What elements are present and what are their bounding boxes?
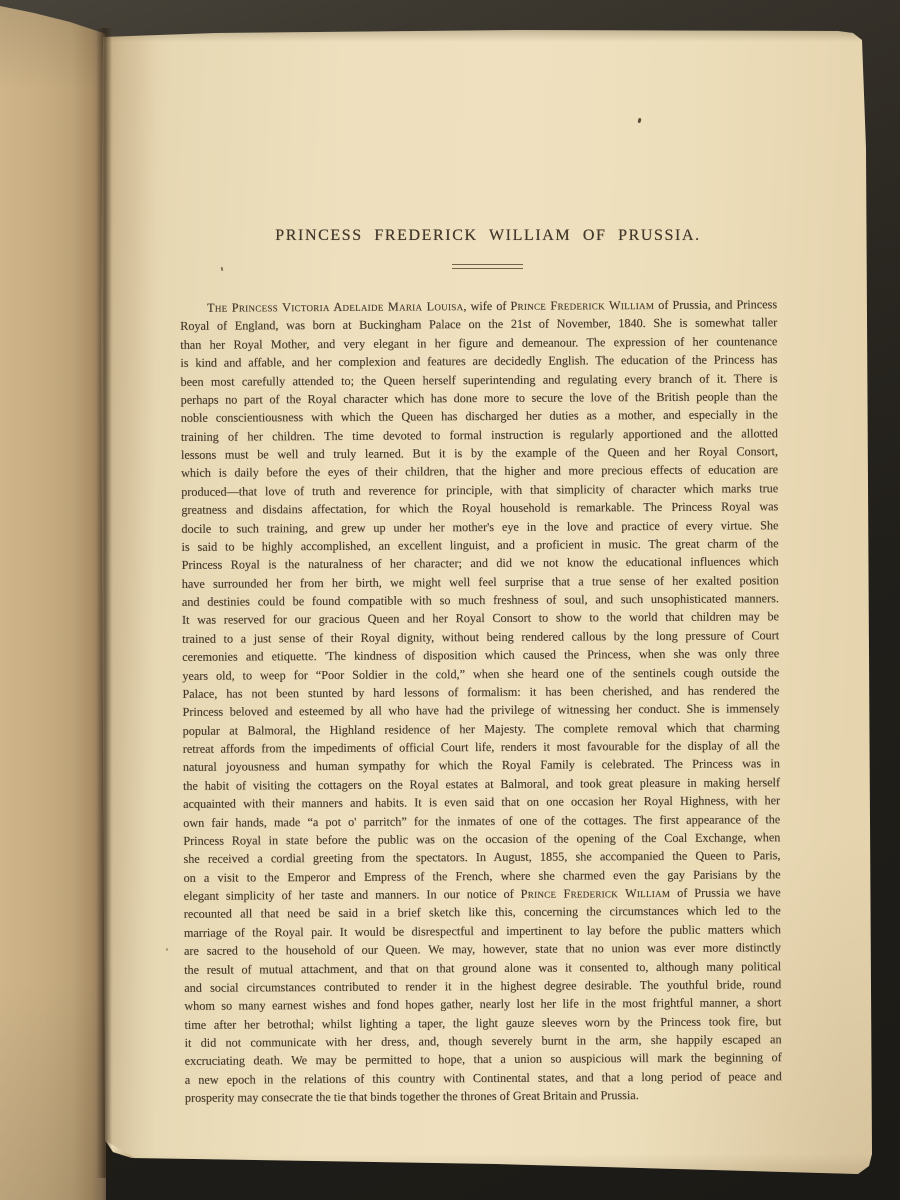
book-gutter-shadow — [96, 28, 112, 1178]
book-page-edges — [0, 0, 106, 1200]
photo-backdrop: PRINCESS FREDERICK WILLIAM OF PRUSSIA. T… — [0, 0, 900, 1200]
title-divider-rule — [452, 264, 523, 269]
text-line: a new epoch in the relations of this cou… — [185, 1067, 782, 1089]
page-title: PRINCESS FREDERICK WILLIAM OF PRUSSIA. — [192, 227, 784, 245]
ink-speck — [221, 267, 224, 271]
body-text: The Princess Victoria Adelaide Maria Lou… — [180, 295, 782, 1107]
text-line: prosperity may consecrate the tie that b… — [185, 1085, 782, 1107]
ink-speck — [166, 948, 168, 951]
